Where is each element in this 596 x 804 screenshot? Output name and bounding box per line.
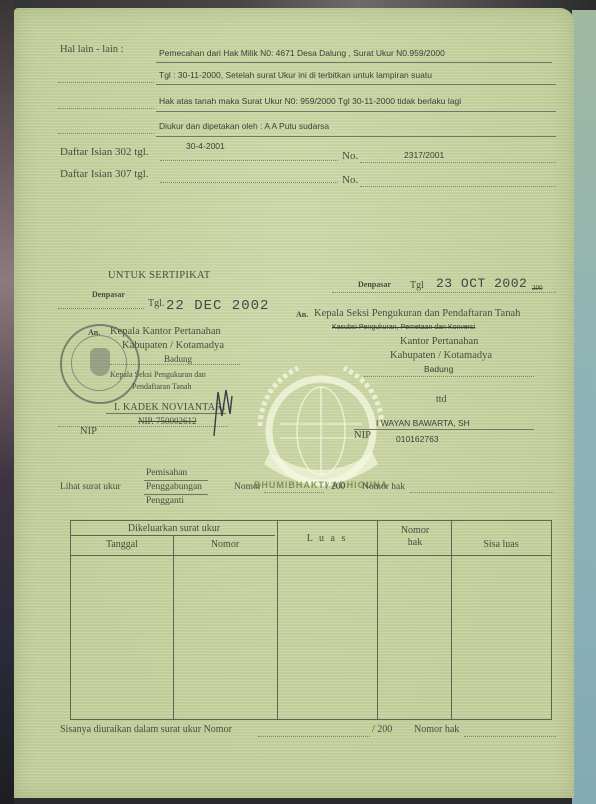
register-307-no-dots	[360, 186, 556, 187]
remarks-line-2-rule	[156, 84, 556, 85]
register-302-label: Daftar Isian 302 tgl.	[60, 146, 149, 158]
right-sign-an: An.	[296, 310, 308, 319]
table-col-divider-1	[173, 535, 174, 719]
remarks-line-4-rule	[156, 136, 556, 137]
table-col-divider-2	[277, 521, 278, 719]
left-sign-title-1: Kepala Kantor Pertanahan	[110, 326, 221, 337]
register-302-no: 2317/2001	[404, 150, 444, 160]
photo-background-right	[572, 10, 596, 804]
remarks-line-4: Diukur dan dipetakan oleh : A A Putu sud…	[159, 121, 329, 131]
table-header-sisa-luas: Sisa luas	[451, 539, 551, 550]
see-ref-option-penggabungan: Penggabungan	[146, 482, 202, 492]
left-sign-place: Denpasar	[92, 290, 125, 299]
right-sign-date-stamp: 23 OCT 2002	[436, 276, 527, 291]
remarks-line-3-dots	[58, 108, 154, 109]
right-sign-date-label: Tgl	[410, 280, 424, 291]
see-ref-option-pengganti: Pengganti	[146, 496, 184, 506]
table-header-nomor: Nomor	[173, 539, 277, 550]
right-sign-nip-label: NIP	[354, 430, 371, 441]
right-sign-region-dots	[364, 376, 534, 377]
left-sign-title-5: Pendaftaran Tanah	[132, 382, 192, 391]
table-header-rule	[71, 555, 551, 556]
left-sign-nip-value: NIP. 750002612	[138, 416, 197, 426]
register-307-no-label: No.	[342, 174, 358, 186]
footer-year-label: / 200	[372, 724, 392, 735]
left-sign-title-3: Badung	[164, 354, 192, 364]
remarks-line-1-rule	[156, 62, 552, 63]
right-sign-nip-value: 010162763	[396, 434, 439, 444]
right-sign-title-2: Kasubsi Pengukuran, Pemetaan dan Konvers…	[332, 324, 475, 331]
right-sign-title-1: Kepala Seksi Pengukuran dan Pendaftaran …	[314, 308, 520, 319]
left-sign-region-dots	[110, 364, 240, 365]
right-sign-title-3: Kantor Pertanahan	[400, 336, 478, 347]
register-302-no-label: No.	[342, 150, 358, 162]
footer-nomor-dots	[258, 736, 370, 737]
see-ref-option-rule-1	[144, 480, 208, 481]
right-sign-title-5: Badung	[424, 364, 453, 374]
see-ref-label: Lihat surat ukur	[60, 482, 121, 492]
right-sign-name: I WAYAN BAWARTA, SH	[376, 418, 470, 428]
see-ref-option-pemisahan: Pemisahan	[146, 468, 187, 478]
register-302-date-dots	[160, 160, 338, 161]
left-sign-date-stamp: 22 DEC 2002	[166, 298, 269, 314]
left-sign-nip-label: NIP	[80, 426, 97, 437]
left-sign-name-rule	[106, 413, 226, 414]
see-ref-option-rule-2	[144, 494, 208, 495]
remarks-line-1: Pemecahan dari Hak Milik N0: 4671 Desa D…	[159, 48, 445, 58]
right-sign-date-dots	[332, 292, 556, 293]
right-sign-ttd: ttd	[436, 394, 447, 405]
left-sign-name: I. KADEK NOVIANTARI	[114, 402, 226, 413]
footer-hak-dots	[464, 736, 556, 737]
right-sign-name-rule	[354, 429, 534, 430]
register-302-date: 30-4-2001	[186, 141, 225, 151]
remarks-label: Hal lain - lain :	[60, 44, 124, 55]
table-col-divider-3	[377, 521, 378, 719]
right-sign-place: Denpasar	[358, 280, 391, 289]
footer-hak-label: Nomor hak	[414, 724, 459, 735]
register-307-label: Daftar Isian 307 tgl.	[60, 168, 149, 180]
issued-measurement-table: Dikeluarkan surat ukur Tanggal Nomor L u…	[70, 520, 552, 720]
left-sign-place-dots	[58, 308, 144, 309]
see-ref-hak-dots	[410, 492, 554, 493]
remarks-line-2-dots	[58, 82, 154, 83]
see-ref-nomor-dots	[264, 492, 324, 493]
document-page: Hal lain - lain : Pemecahan dari Hak Mil…	[14, 8, 574, 798]
left-sign-title-4: Kepala Seksi Pengukuran dan	[110, 370, 206, 379]
signature-scribble-icon	[210, 386, 238, 438]
see-ref-nomor-label: Nomor	[234, 482, 261, 492]
see-ref-hak-label: Nomor hak	[362, 482, 405, 492]
register-302-no-dots	[360, 162, 556, 163]
table-header-luas: L u a s	[277, 533, 377, 544]
left-sign-date-label: Tgl.	[148, 298, 164, 309]
left-sign-title-2: Kabupaten / Kotamadya	[122, 340, 224, 351]
garuda-emblem-icon	[90, 348, 110, 376]
table-header-nomor-hak: Nomor hak	[395, 525, 435, 549]
remarks-line-2: Tgl : 30-11-2000, Setelah surat Ukur ini…	[159, 70, 432, 80]
remarks-line-4-dots	[58, 133, 154, 134]
left-sign-heading: UNTUK SERTIPIKAT	[108, 270, 210, 281]
register-307-date-dots	[160, 182, 338, 183]
photo-background-left	[0, 0, 14, 804]
table-header-tanggal: Tanggal	[71, 539, 173, 550]
footer-label: Sisanya diuraikan dalam surat ukur Nomor	[60, 724, 232, 735]
right-sign-title-4: Kabupaten / Kotamadya	[390, 350, 492, 361]
see-ref-year-label: / 200	[326, 482, 345, 492]
table-group-header: Dikeluarkan surat ukur	[71, 523, 277, 534]
table-col-divider-4	[451, 521, 452, 719]
remarks-line-3: Hak atas tanah maka Surat Ukur N0: 959/2…	[159, 96, 461, 106]
right-sign-year-suffix: 200	[532, 284, 543, 292]
remarks-line-3-rule	[156, 111, 556, 112]
left-sign-an: An.	[88, 328, 100, 337]
